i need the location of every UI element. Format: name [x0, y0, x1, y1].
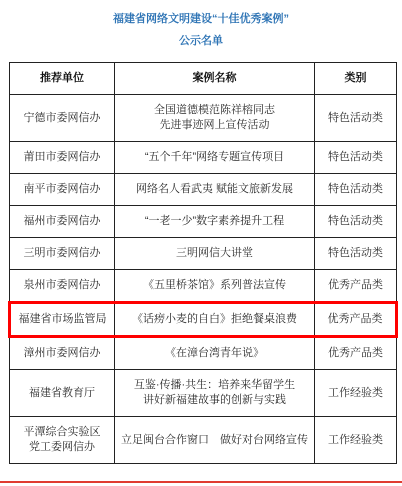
- category-cell: 特色活动类: [315, 174, 397, 206]
- category-cell: 特色活动类: [315, 95, 397, 142]
- category-cell: 特色活动类: [315, 206, 397, 238]
- unit-cell: 莆田市委网信办: [10, 142, 115, 174]
- header-case: 案例名称: [115, 63, 315, 95]
- case-name-cell: 互鉴·传播·共生：培养来华留学生 讲好新福建故事的创新与实践: [115, 370, 315, 417]
- unit-cell: 福建省教育厅: [10, 370, 115, 417]
- header-unit: 推荐单位: [10, 63, 115, 95]
- unit-cell: 漳州市委网信办: [10, 337, 115, 370]
- case-name-cell: 《五里桥茶馆》系列普法宣传: [115, 270, 315, 303]
- case-name-cell: 《在漳台湾青年说》: [115, 337, 315, 370]
- table-row: 宁德市委网信办全国道德模范陈祥榕同志 先进事迹网上宣传活动特色活动类: [10, 95, 397, 142]
- table-header: 推荐单位 案例名称 类别: [10, 63, 397, 95]
- case-name-cell: 全国道德模范陈祥榕同志 先进事迹网上宣传活动: [115, 95, 315, 142]
- table-row: 漳州市委网信办《在漳台湾青年说》优秀产品类: [10, 337, 397, 370]
- unit-cell: 宁德市委网信办: [10, 95, 115, 142]
- category-cell: 工作经验类: [315, 370, 397, 417]
- header-category: 类别: [315, 63, 397, 95]
- table-row: 泉州市委网信办《五里桥茶馆》系列普法宣传优秀产品类: [10, 270, 397, 303]
- table-row: 平潭综合实验区 党工委网信办立足闽台合作窗口 做好对台网络宣传工作经验类: [10, 417, 397, 464]
- case-name-cell: 三明网信大讲堂: [115, 238, 315, 270]
- case-name-cell: 《话痨小麦的自白》拒绝餐桌浪费: [115, 303, 315, 337]
- category-cell: 优秀产品类: [315, 303, 397, 337]
- unit-cell: 三明市委网信办: [10, 238, 115, 270]
- table-row: 三明市委网信办三明网信大讲堂特色活动类: [10, 238, 397, 270]
- table-row: 莆田市委网信办“五个千年”网络专题宣传项目特色活动类: [10, 142, 397, 174]
- category-cell: 特色活动类: [315, 238, 397, 270]
- unit-cell: 南平市委网信办: [10, 174, 115, 206]
- unit-cell: 福州市委网信办: [10, 206, 115, 238]
- case-name-cell: “一老一少”数字素养提升工程: [115, 206, 315, 238]
- table-row: 福州市委网信办“一老一少”数字素养提升工程特色活动类: [10, 206, 397, 238]
- case-name-cell: 网络名人看武夷 赋能文旅新发展: [115, 174, 315, 206]
- unit-cell: 福建省市场监管局: [10, 303, 115, 337]
- case-name-cell: 立足闽台合作窗口 做好对台网络宣传: [115, 417, 315, 464]
- page-title: 福建省网络文明建设“十佳优秀案例” 公示名单: [0, 0, 402, 52]
- table-row: 福建省教育厅互鉴·传播·共生：培养来华留学生 讲好新福建故事的创新与实践工作经验…: [10, 370, 397, 417]
- category-cell: 优秀产品类: [315, 270, 397, 303]
- title-line-1: 福建省网络文明建设“十佳优秀案例”: [0, 8, 402, 30]
- category-cell: 特色活动类: [315, 142, 397, 174]
- case-name-cell: “五个千年”网络专题宣传项目: [115, 142, 315, 174]
- header-row: 推荐单位 案例名称 类别: [10, 63, 397, 95]
- unit-cell: 平潭综合实验区 党工委网信办: [10, 417, 115, 464]
- table-row-highlighted: 福建省市场监管局《话痨小麦的自白》拒绝餐桌浪费优秀产品类: [10, 303, 397, 337]
- unit-cell: 泉州市委网信办: [10, 270, 115, 303]
- red-underline: [0, 481, 402, 483]
- document-page: 福建省网络文明建设“十佳优秀案例” 公示名单 推荐单位 案例名称 类别 宁德市委…: [0, 0, 402, 486]
- table-row: 南平市委网信办网络名人看武夷 赋能文旅新发展特色活动类: [10, 174, 397, 206]
- table-body: 宁德市委网信办全国道德模范陈祥榕同志 先进事迹网上宣传活动特色活动类莆田市委网信…: [10, 95, 397, 464]
- title-line-2: 公示名单: [0, 30, 402, 52]
- cases-table: 推荐单位 案例名称 类别 宁德市委网信办全国道德模范陈祥榕同志 先进事迹网上宣传…: [8, 62, 398, 464]
- category-cell: 优秀产品类: [315, 337, 397, 370]
- category-cell: 工作经验类: [315, 417, 397, 464]
